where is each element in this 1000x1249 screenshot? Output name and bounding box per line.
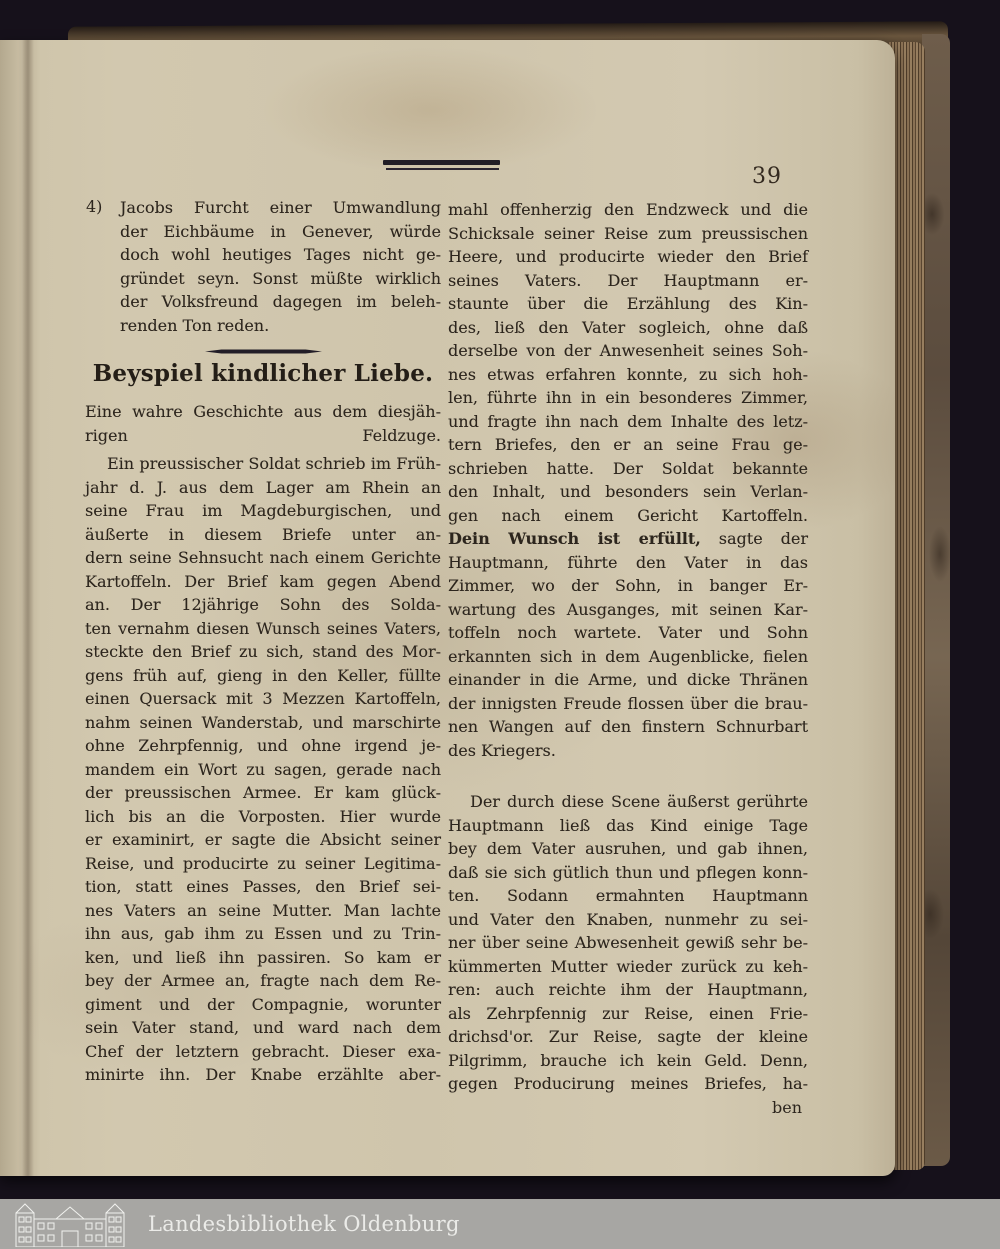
text-line: der preussischen Armee. Er kam glück- bbox=[85, 781, 441, 805]
text-line: toffeln noch wartete. Vater und Sohn bbox=[448, 621, 808, 645]
text-line: Ein preussischer Soldat schrieb im Früh- bbox=[85, 452, 441, 476]
right-column-text: mahl offenherzig den Endzweck und dieSch… bbox=[448, 198, 808, 762]
text-line: mahl offenherzig den Endzweck und die bbox=[448, 198, 808, 222]
text-line: ten. Sodann ermahnten Hauptmann bbox=[448, 884, 808, 908]
text-line: seines Vaters. Der Hauptmann er- bbox=[448, 269, 808, 293]
text-line: sein Vater stand, und ward nach dem bbox=[85, 1016, 441, 1040]
text-line: renden Ton reden. bbox=[120, 314, 441, 338]
text-line: ken, und ließ ihn passiren. So kam er bbox=[85, 946, 441, 970]
text-line: Schicksale seiner Reise zum preussischen bbox=[448, 222, 808, 246]
text-line: ren: auch reichte ihm der Hauptmann, bbox=[448, 978, 808, 1002]
left-column-text: Ein preussischer Soldat schrieb im Früh-… bbox=[85, 452, 441, 1087]
text-line: bey der Armee an, fragte nach dem Re- bbox=[85, 969, 441, 993]
text-line: Heere, und producirte wieder den Brief bbox=[448, 245, 808, 269]
text-line: Zimmer, wo der Sohn, in banger Er- bbox=[448, 574, 808, 598]
text-line: ohne Zehrpfennig, und ohne irgend je- bbox=[85, 734, 441, 758]
text-line: er examinirt, er sagte die Absicht seine… bbox=[85, 828, 441, 852]
text-line: len, führte ihn in ein besonderes Zimmer… bbox=[448, 386, 808, 410]
footnote-text: Jacobs Furcht einer Umwandlungder Eichbä… bbox=[120, 196, 441, 337]
text-line: drichsd'or. Zur Reise, sagte der kleine bbox=[448, 1025, 808, 1049]
text-line: Pilgrimm, brauche ich kein Geld. Denn, bbox=[448, 1049, 808, 1073]
text-line: Der durch diese Scene äußerst gerührte bbox=[448, 790, 808, 814]
text-line: einander in die Arme, und dicke Thränen bbox=[448, 668, 808, 692]
library-building-icon bbox=[14, 1201, 126, 1247]
text-line: ten vernahm diesen Wunsch seines Vaters, bbox=[85, 617, 441, 641]
page-number: 39 bbox=[752, 164, 812, 189]
text-line: wartung des Ausganges, mit seinen Kar- bbox=[448, 598, 808, 622]
text-line: der Eichbäume in Genever, würde bbox=[120, 220, 441, 244]
library-watermark-banner: Landesbibliothek Oldenburg bbox=[0, 1199, 1000, 1249]
text-line: tion, statt eines Passes, den Brief sei- bbox=[85, 875, 441, 899]
text-line: als Zehrpfennig zur Reise, einen Frie- bbox=[448, 1002, 808, 1026]
text-line: nes Vaters an seine Mutter. Man lachte bbox=[85, 899, 441, 923]
text-line: dern seine Sehnsucht nach einem Gerichte bbox=[85, 546, 441, 570]
footnote-marker: 4) bbox=[86, 197, 102, 216]
text-line: Reise, und producirte zu seiner Legitima… bbox=[85, 852, 441, 876]
text-line: gens früh auf, gieng in den Keller, füll… bbox=[85, 664, 441, 688]
text-line: seine Frau im Magdeburgischen, und bbox=[85, 499, 441, 523]
text-line: schrieben hatte. Der Soldat bekannte bbox=[448, 457, 808, 481]
text-line: giment und der Compagnie, worunter bbox=[85, 993, 441, 1017]
text-line: nen Wangen auf den finstern Schnurbart bbox=[448, 715, 808, 739]
text-line: Chef der letztern gebracht. Dieser exa- bbox=[85, 1040, 441, 1064]
text-line: erkannten sich in dem Augenblicke, fiele… bbox=[448, 645, 808, 669]
article-subtitle: Eine wahre Geschichte aus dem diesjäh-ri… bbox=[85, 400, 441, 447]
text-line: Eine wahre Geschichte aus dem diesjäh- bbox=[85, 400, 441, 424]
text-line: derselbe von der Anwesenheit seines Soh- bbox=[448, 339, 808, 363]
book-page: 39 4) Jacobs Furcht einer Umwandlungder … bbox=[0, 40, 895, 1176]
text-line: steckte den Brief zu sich, stand des Mor… bbox=[85, 640, 441, 664]
catchword: ben bbox=[448, 1098, 802, 1117]
text-line: jahr d. J. aus dem Lager am Rhein an bbox=[85, 476, 441, 500]
text-line: lich bis an die Vorposten. Hier wurde bbox=[85, 805, 441, 829]
text-line: gegen Producirung meines Briefes, ha- bbox=[448, 1072, 808, 1096]
text-line: einen Quersack mit 3 Mezzen Kartoffeln, bbox=[85, 687, 441, 711]
text-line: staunte über die Erzählung des Kin- bbox=[448, 292, 808, 316]
text-line: doch wohl heutiges Tages nicht ge- bbox=[120, 243, 441, 267]
text-line: ner über seine Abwesenheit gewiß sehr be… bbox=[448, 931, 808, 955]
book-scan: 39 4) Jacobs Furcht einer Umwandlungder … bbox=[0, 0, 1000, 1249]
text-line: den Inhalt, und besonders sein Verlan- bbox=[448, 480, 808, 504]
text-line: mandem ein Wort zu sagen, gerade nach bbox=[85, 758, 441, 782]
book-cover-right-edge bbox=[922, 34, 950, 1166]
text-line: äußerte in diesem Briefe unter an- bbox=[85, 523, 441, 547]
text-line: und fragte ihn nach dem Inhalte des letz… bbox=[448, 410, 808, 434]
text-line: Dein Wunsch ist erfüllt, sagte der bbox=[448, 527, 808, 551]
text-line: gen nach einem Gericht Kartoffeln. bbox=[448, 504, 808, 528]
text-line: der innigsten Freude flossen über die br… bbox=[448, 692, 808, 716]
text-line: des, ließ den Vater sogleich, ohne daß bbox=[448, 316, 808, 340]
header-rule bbox=[383, 160, 500, 165]
article-title: Beyspiel kindlicher Liebe. bbox=[85, 360, 441, 387]
text-line: minirte ihn. Der Knabe erzählte aber- bbox=[85, 1063, 441, 1087]
text-line: rigen Feldzuge. bbox=[85, 424, 441, 448]
text-line: ihn aus, gab ihm zu Essen und zu Trin- bbox=[85, 922, 441, 946]
text-line: nahm seinen Wanderstab, und marschirte bbox=[85, 711, 441, 735]
text-line: daß sie sich gütlich thun und pflegen ko… bbox=[448, 861, 808, 885]
text-line: Hauptmann ließ das Kind einige Tage bbox=[448, 814, 808, 838]
text-line: der Volksfreund dagegen im beleh- bbox=[120, 290, 441, 314]
right-column-paragraph2: Der durch diese Scene äußerst gerührteHa… bbox=[448, 790, 808, 1096]
text-line: nes etwas erfahren konnte, zu sich hoh- bbox=[448, 363, 808, 387]
text-line: gründet seyn. Sonst müßte wirklich bbox=[120, 267, 441, 291]
text-line: kümmerten Mutter wieder zurück zu keh- bbox=[448, 955, 808, 979]
text-line: an. Der 12jährige Sohn des Solda- bbox=[85, 593, 441, 617]
text-line: Jacobs Furcht einer Umwandlung bbox=[120, 196, 441, 220]
text-line: und Vater den Knaben, nunmehr zu sei- bbox=[448, 908, 808, 932]
section-divider-rule bbox=[205, 348, 322, 355]
library-name: Landesbibliothek Oldenburg bbox=[148, 1212, 460, 1236]
text-line: bey dem Vater ausruhen, und gab ihnen, bbox=[448, 837, 808, 861]
text-line: Kartoffeln. Der Brief kam gegen Abend bbox=[85, 570, 441, 594]
header-rule-thin bbox=[386, 168, 499, 170]
text-line: Hauptmann, führte den Vater in das bbox=[448, 551, 808, 575]
text-line: tern Briefes, den er an seine Frau ge- bbox=[448, 433, 808, 457]
text-line: des Kriegers. bbox=[448, 739, 808, 763]
